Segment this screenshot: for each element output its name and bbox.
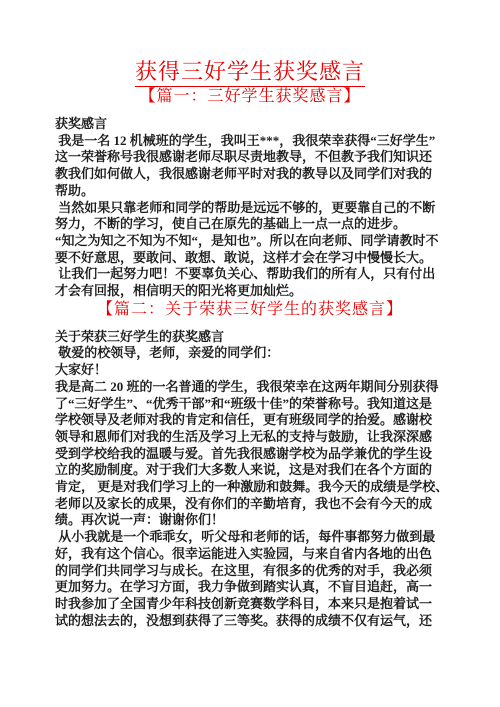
document-page: 获得三好学生获奖感言 【篇一：三好学生获奖感言】 获奖感言 我是一名 12 机械… [0, 0, 500, 707]
document-title: 获得三好学生获奖感言 [0, 0, 500, 85]
section-2-heading: 【篇二：关于荣获三好学生的获奖感言】 [0, 300, 500, 320]
section-1-heading: 【篇一：三好学生获奖感言】 [0, 87, 500, 107]
section-1-body: 获奖感言 我是一名 12 机械班的学生，我叫王***，我很荣幸获得“三好学生” … [55, 116, 457, 300]
section-2-body: 关于荣获三好学生的获奖感言 敬爱的校领导，老师，亲爱的同学们： 大家好！ 我是高… [55, 329, 457, 630]
document-title-text: 获得三好学生获奖感言 [135, 59, 365, 87]
